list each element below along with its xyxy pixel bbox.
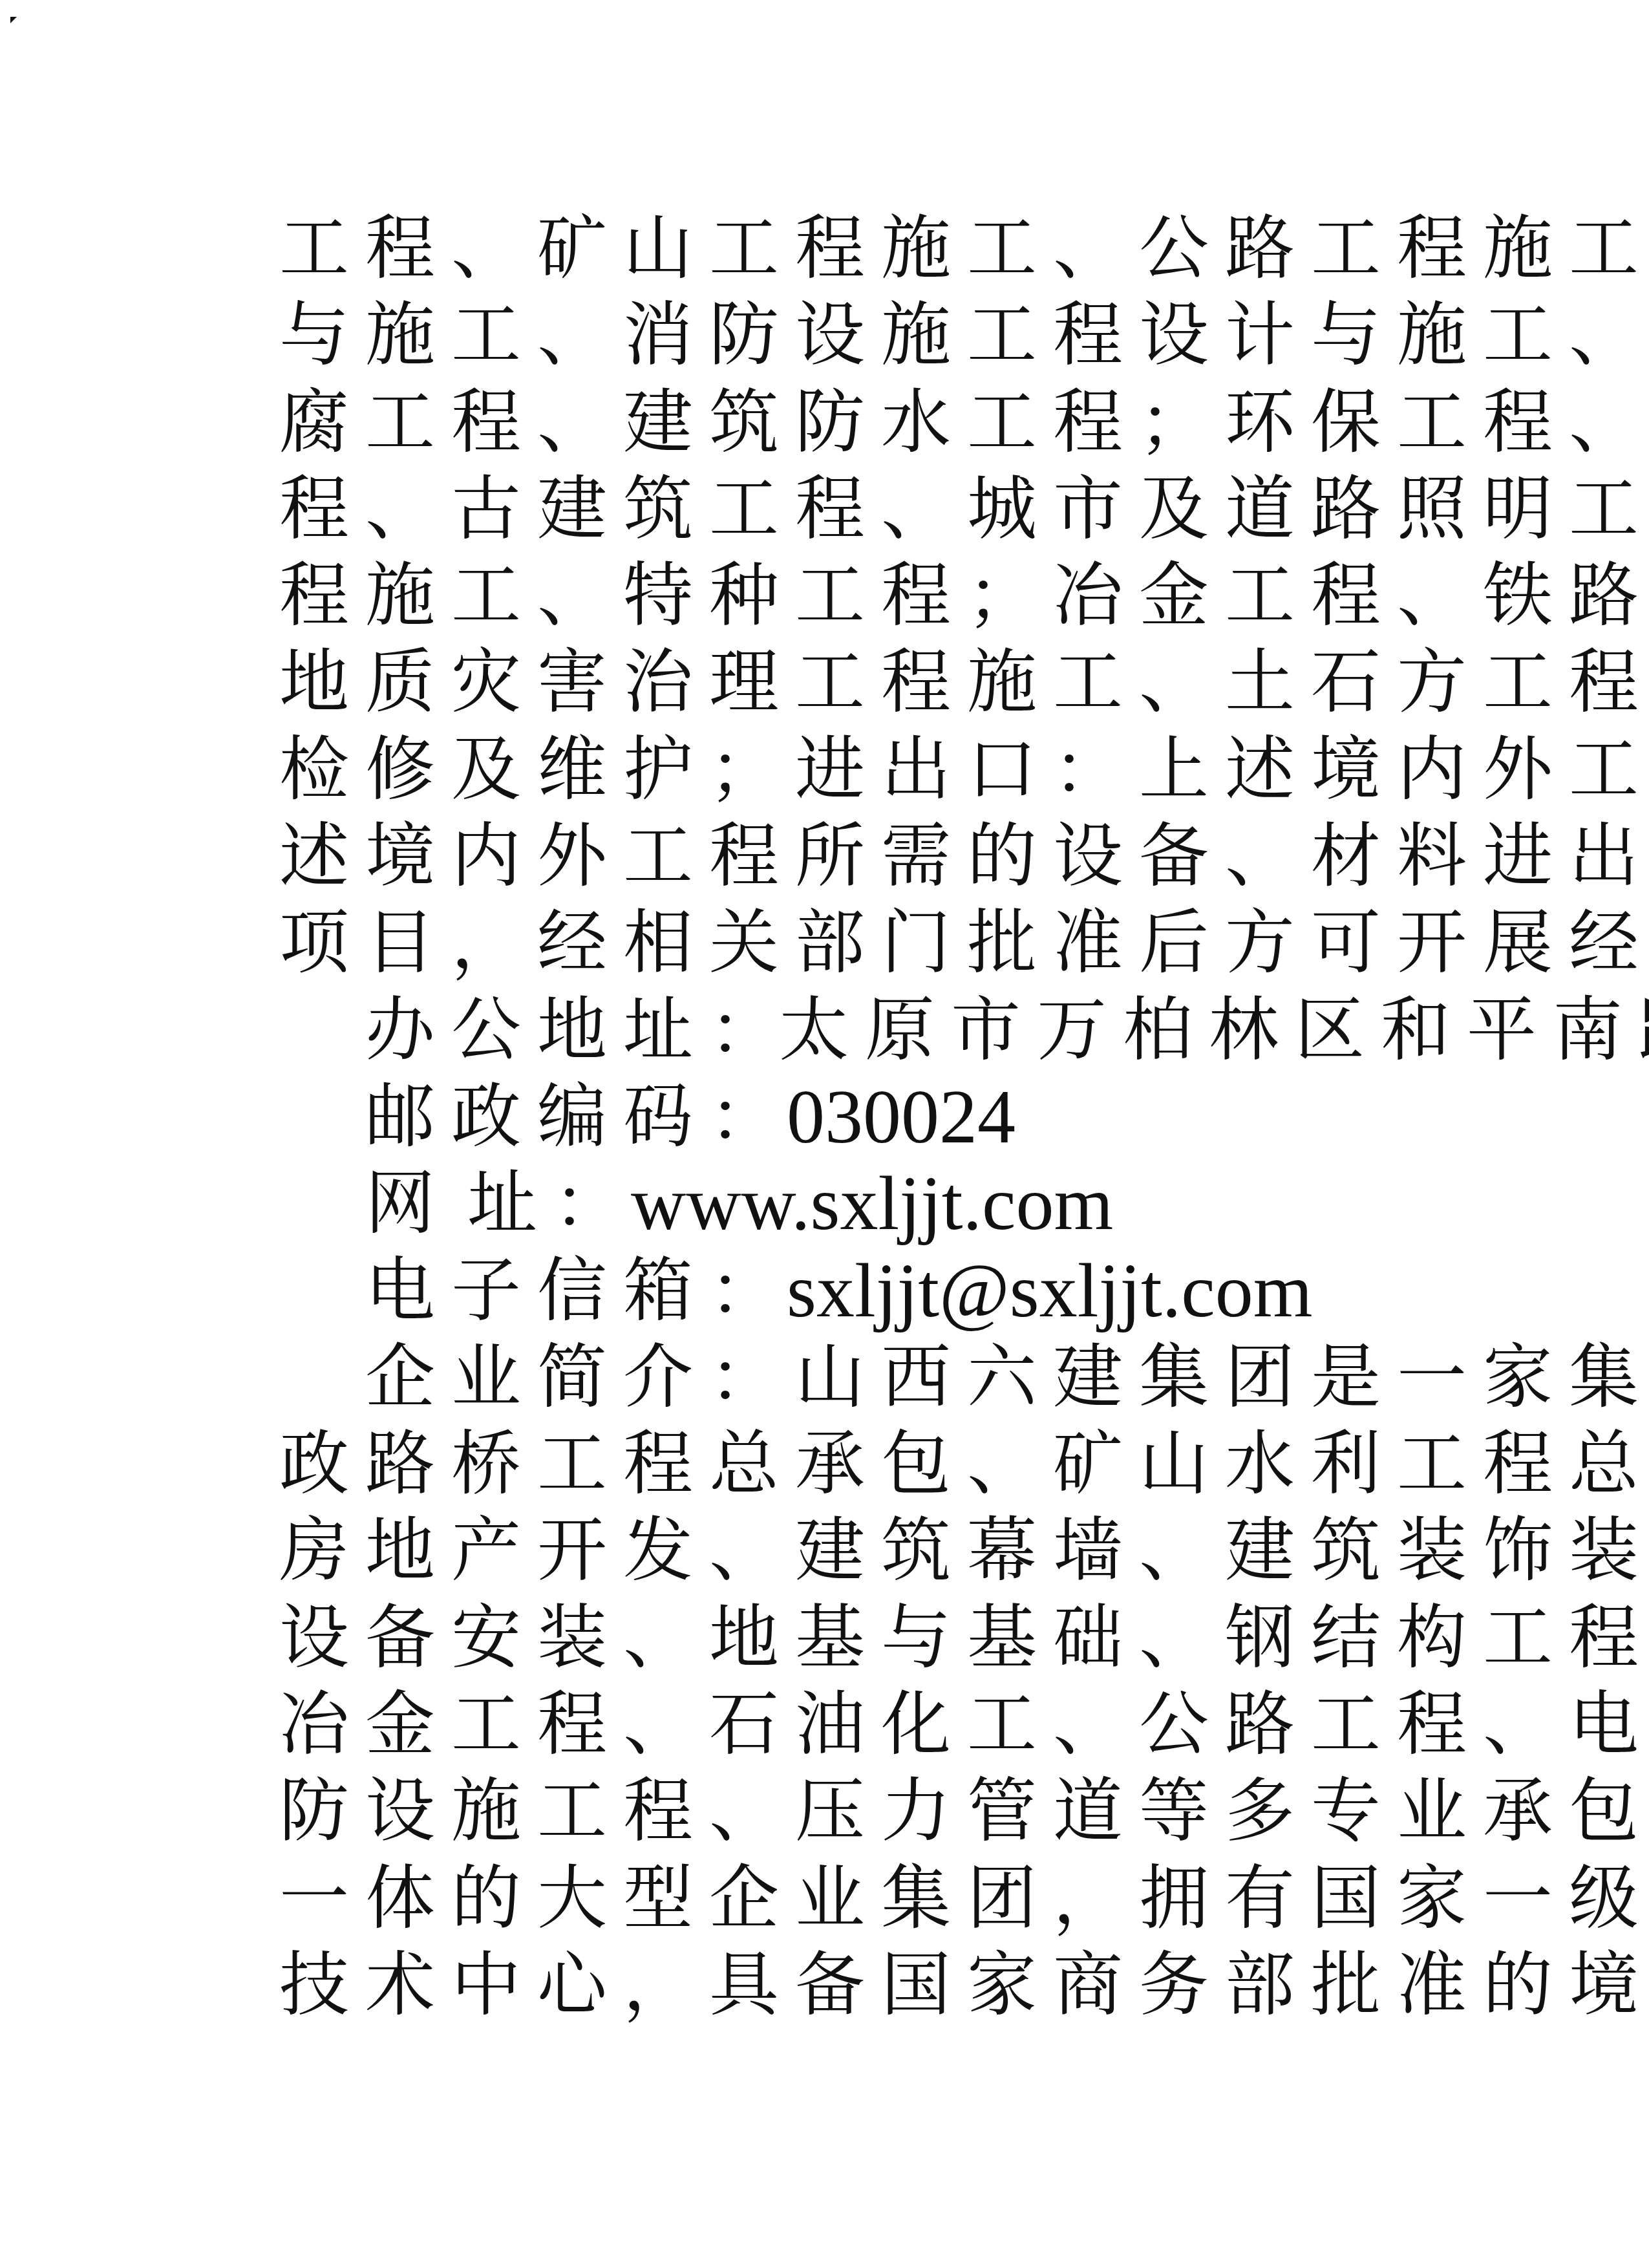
colon: ： bbox=[553, 1161, 631, 1247]
text-line: 设备安装、地基与基础、钢结构工程、古建工程、铁路工程、 bbox=[279, 1595, 1398, 1682]
text-line: 项目，经相关部门批准后方可开展经营活动） bbox=[279, 900, 1398, 987]
office-address-label: 办公地址 bbox=[365, 987, 709, 1074]
office-address-field: 办公地址：太原市万柏林区和平南路沙沟 bbox=[279, 987, 1404, 1074]
text-line: 腐工程、建筑防水工程；环保工程、电力工程、石油化工工 bbox=[279, 380, 1398, 466]
contact-section: 办公地址：太原市万柏林区和平南路沙沟 邮政编码：030024 网址：www.sx… bbox=[279, 987, 1404, 1334]
website-link[interactable]: www.sxljjt.com bbox=[631, 1161, 1113, 1247]
colon: ： bbox=[709, 1074, 787, 1161]
website-label-part: 网 bbox=[365, 1161, 435, 1247]
email-link[interactable]: sxljjt@sxljjt.com bbox=[787, 1248, 1312, 1334]
text-line: 冶金工程、石油化工、公路工程、电力工程、园林绿化、消 bbox=[279, 1682, 1398, 1768]
colon: ： bbox=[709, 987, 779, 1074]
scan-artifact-mark bbox=[10, 17, 17, 23]
text-line: 检修及维护；进出口：上述境内外工程所需的设备销售；上 bbox=[279, 727, 1398, 813]
website-label: 网址 bbox=[365, 1161, 537, 1247]
text-line: 述境内外工程所需的设备、材料进出口。（依法须经批准的 bbox=[279, 813, 1398, 900]
text-line: 程、古建筑工程、城市及道路照明工程、铁路工程；炉窑工 bbox=[279, 466, 1398, 553]
profile-first-line: 企业简介：山西六建集团是一家集房建施工总承包、市 bbox=[279, 1334, 1398, 1421]
text-line: 工程、矿山工程施工、公路工程施工；建筑智能化工程设计 bbox=[279, 206, 1398, 292]
business-scope-section: 工程、矿山工程施工、公路工程施工；建筑智能化工程设计 与施工、消防设施工程设计与… bbox=[279, 206, 1404, 987]
website-label-part: 址 bbox=[467, 1161, 537, 1247]
postcode-label: 邮政编码 bbox=[365, 1074, 709, 1161]
text-line: 与施工、消防设施工程设计与施工、道路桥梁施工、防水防 bbox=[279, 292, 1398, 379]
document-page: 工程、矿山工程施工、公路工程施工；建筑智能化工程设计 与施工、消防设施工程设计与… bbox=[279, 206, 1404, 2029]
email-label: 电子信箱 bbox=[365, 1248, 709, 1334]
email-field: 电子信箱：sxljjt@sxljjt.com bbox=[279, 1248, 1404, 1334]
company-profile-section: 企业简介：山西六建集团是一家集房建施工总承包、市 政路桥工程总承包、矿山水利工程… bbox=[279, 1334, 1404, 2029]
text-line: 政路桥工程总承包、矿山水利工程总承包、国际工程总承包， bbox=[279, 1421, 1398, 1508]
text-line: 一体的大型企业集团，拥有国家一级资质科研所和省级企业 bbox=[279, 1856, 1398, 1942]
text-line: 防设施工程、压力管道等多专业承包以及建筑科研等业务于 bbox=[279, 1768, 1398, 1855]
colon: ： bbox=[709, 1248, 787, 1334]
text-line: 程施工、特种工程；冶金工程、铁路电气化工程、压力管道、 bbox=[279, 553, 1398, 639]
text-line: 房地产开发、建筑幕墙、建筑装饰装修、建筑智能化、机电 bbox=[279, 1508, 1398, 1594]
text-line: 地质灾害治理工程施工、土石方工程施工、通信信号设备的 bbox=[279, 639, 1398, 726]
postcode-value: 030024 bbox=[787, 1074, 1016, 1161]
text-line: 技术中心，具备国家商务部批准的境外工程承包资质，施工 bbox=[279, 1942, 1398, 2029]
office-address-value: 太原市万柏林区和平南路沙沟 bbox=[779, 987, 1649, 1074]
postcode-field: 邮政编码：030024 bbox=[279, 1074, 1404, 1161]
website-field: 网址：www.sxljjt.com bbox=[279, 1161, 1404, 1247]
